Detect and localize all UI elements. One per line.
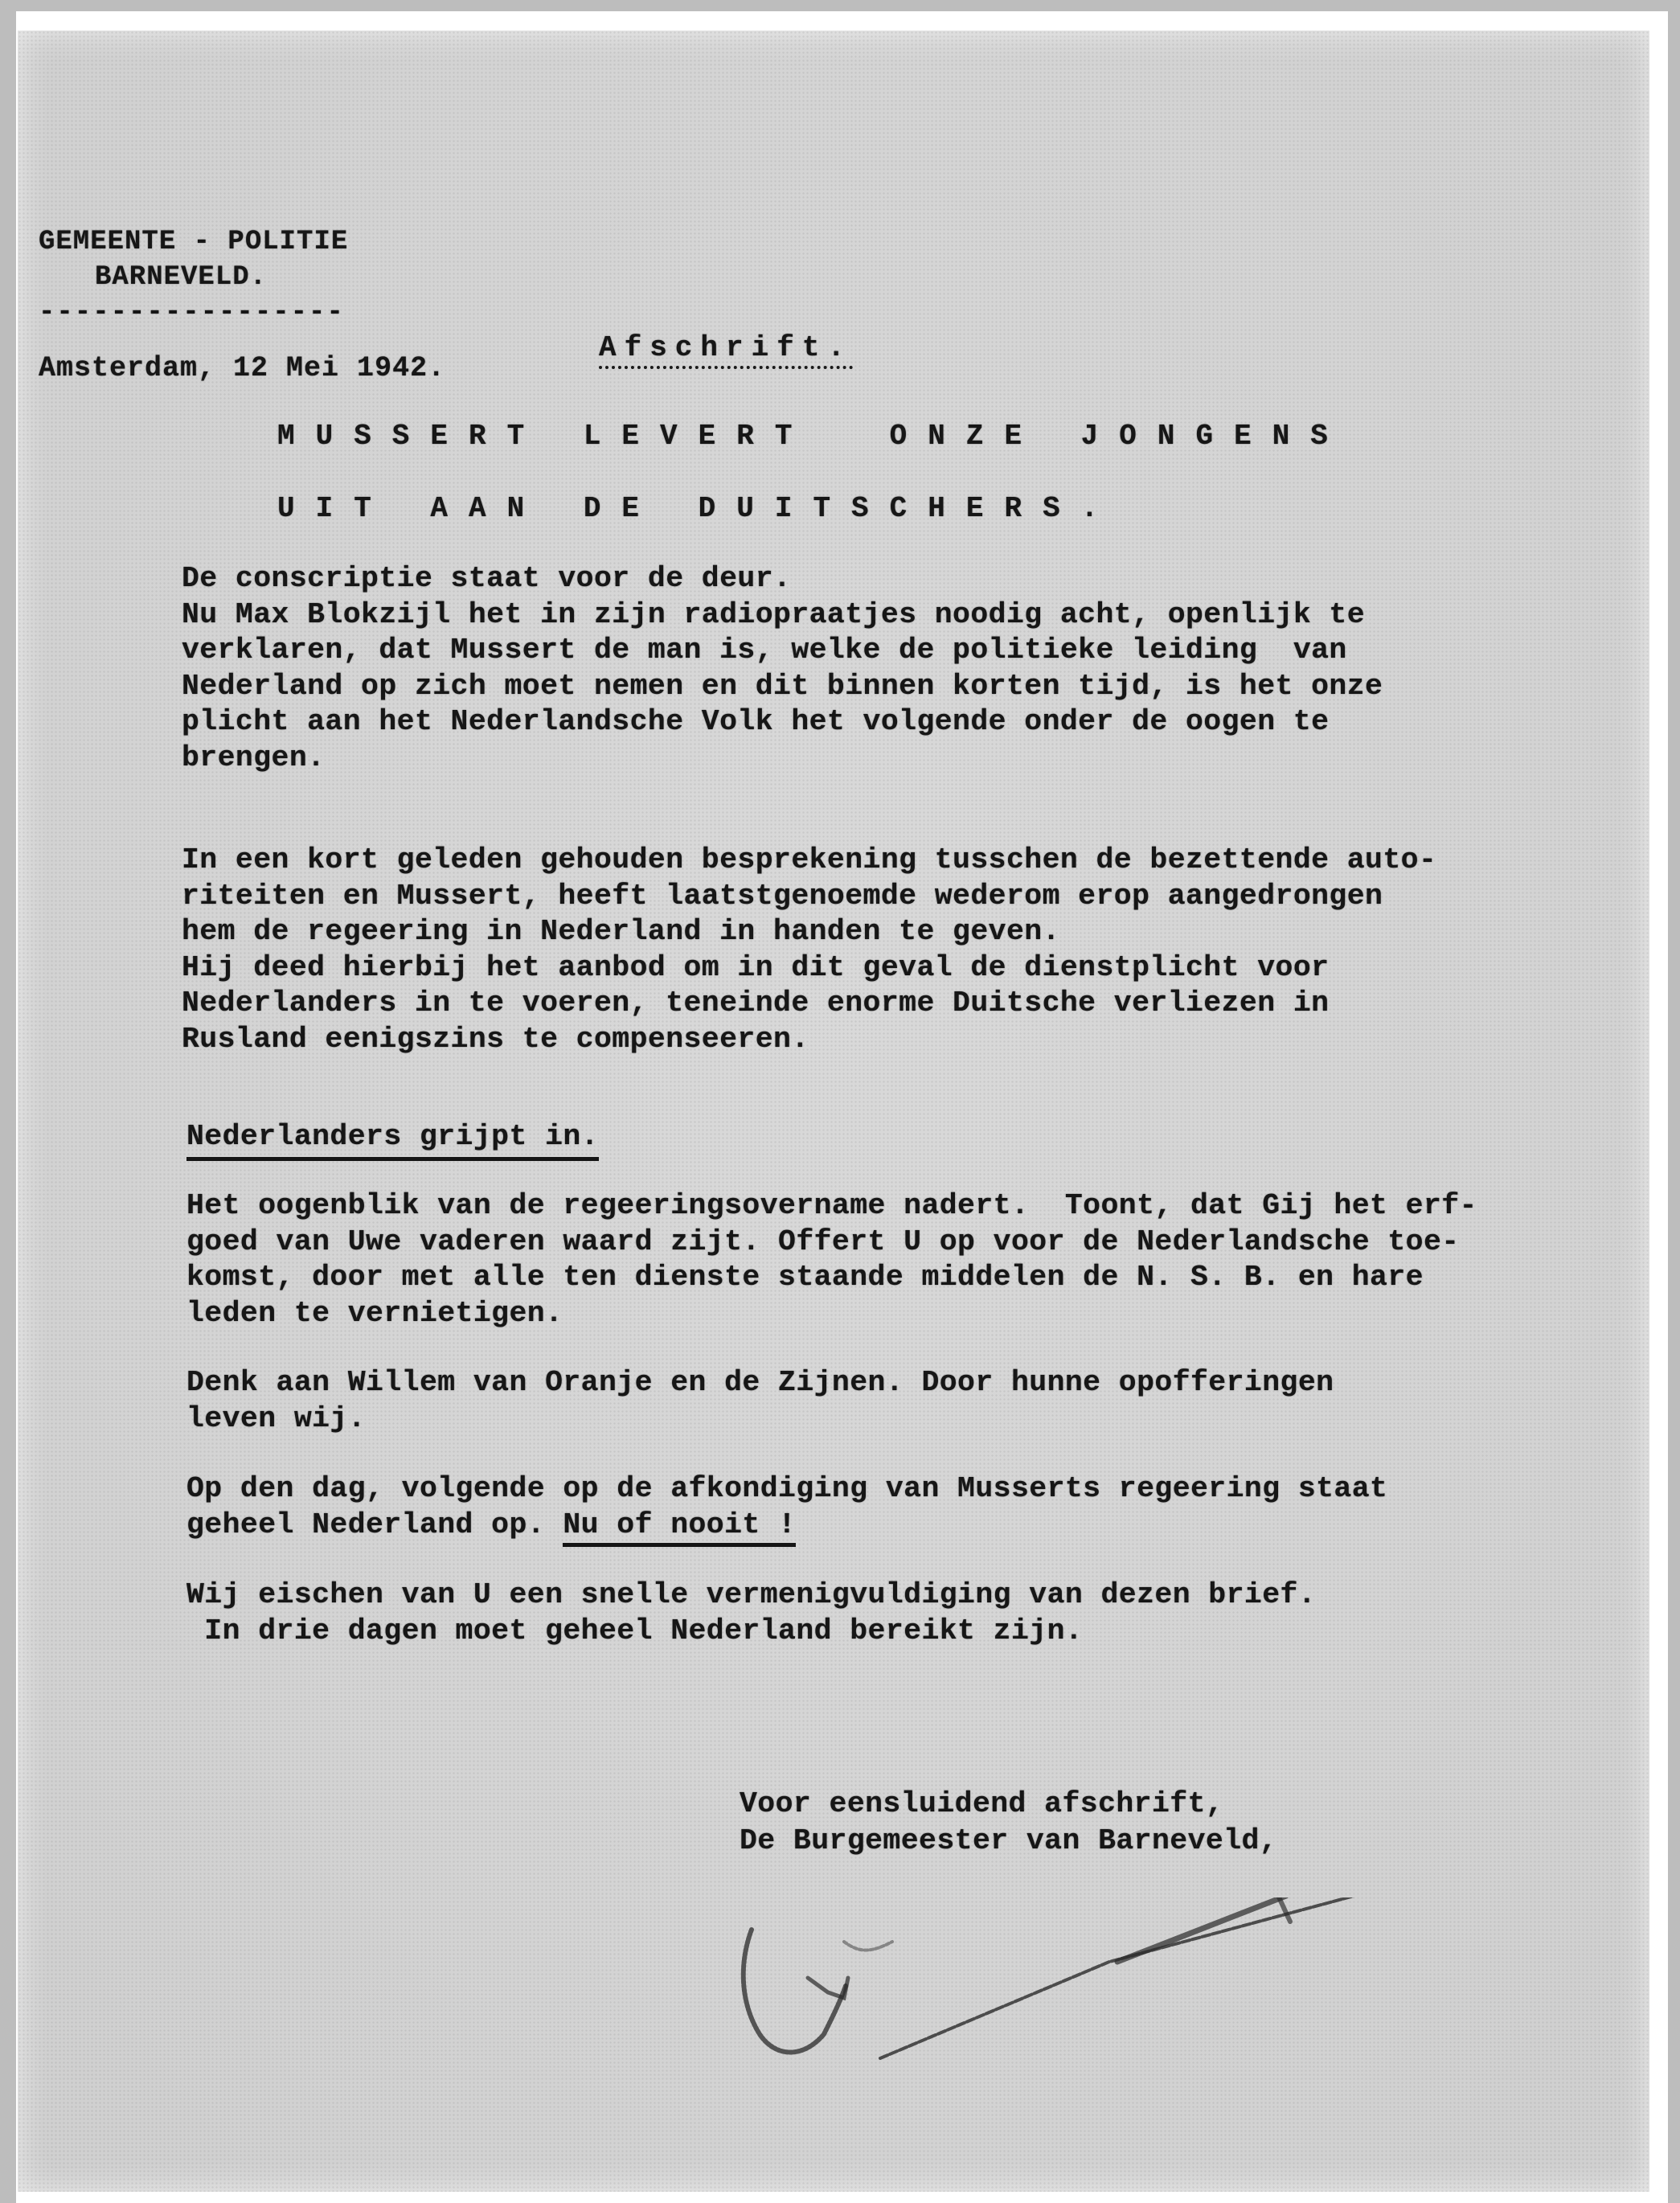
text-line: goed van Uwe vaderen waard zijt. Offert …: [186, 1225, 1477, 1261]
text-line: komst, door met alle ten dienste staande…: [186, 1260, 1477, 1296]
text-line: Nu Max Blokzijl het in zijn radiopraatje…: [182, 597, 1383, 634]
text-line: In drie dagen moet geheel Nederland bere…: [186, 1614, 1316, 1650]
text-line: brengen.: [182, 740, 1383, 777]
copy-label: Afschrift.: [599, 331, 853, 369]
text-line: Denk aan Willem van Oranje en de Zijnen.…: [186, 1365, 1334, 1401]
place-date: Amsterdam, 12 Mei 1942.: [39, 352, 445, 384]
header-municipality: BARNEVELD.: [95, 262, 267, 293]
signature-icon: [723, 1897, 1447, 2107]
header-authority: GEMEENTE - POLITIE: [39, 227, 348, 257]
text-line: leden te vernietigen.: [186, 1296, 1477, 1332]
emphasis-now-or-never: Nu of nooit !: [563, 1508, 796, 1547]
header-separator: -----------------: [39, 297, 345, 328]
headline-line-2: UIT AAN DE DUITSCHERS.: [277, 492, 1119, 525]
text-line: leven wij.: [186, 1401, 1334, 1438]
text-line: hem de regeering in Nederland in handen …: [182, 914, 1436, 950]
text-line: De conscriptie staat voor de deur.: [182, 561, 1383, 597]
closing-line-2: De Burgemeester van Barneveld,: [740, 1824, 1277, 1860]
paragraph-3: Het oogenblik van de regeeringsovername …: [186, 1188, 1477, 1331]
text-line: geheel Nederland op. Nu of nooit !: [186, 1508, 1387, 1546]
paragraph-4: Denk aan Willem van Oranje en de Zijnen.…: [186, 1365, 1334, 1437]
paragraph-1: De conscriptie staat voor de deur. Nu Ma…: [182, 561, 1383, 776]
text-line: Hij deed hierbij het aanbod om in dit ge…: [182, 950, 1436, 987]
text-line: Op den dag, volgende op de afkondiging v…: [186, 1471, 1387, 1508]
text-line: Nederland op zich moet nemen en dit binn…: [182, 669, 1383, 705]
text-line: In een kort geleden gehouden besprekenin…: [182, 843, 1436, 879]
section-heading: Nederlanders grijpt in.: [186, 1119, 599, 1161]
text-fragment: geheel Nederland op.: [186, 1508, 563, 1541]
paragraph-2: In een kort geleden gehouden besprekenin…: [182, 843, 1436, 1057]
text-line: plicht aan het Nederlandsche Volk het vo…: [182, 704, 1383, 740]
text-line: Rusland eenigszins te compenseeren.: [182, 1022, 1436, 1058]
text-line: verklaren, dat Mussert de man is, welke …: [182, 633, 1383, 669]
text-line: Het oogenblik van de regeeringsovername …: [186, 1188, 1477, 1225]
text-line: Nederlanders in te voeren, teneinde enor…: [182, 986, 1436, 1022]
text-line: riteiten en Mussert, heeft laatstgenoemd…: [182, 879, 1436, 915]
headline-line-1: MUSSERT LEVERT ONZE JONGENS: [277, 420, 1349, 453]
paragraph-6: Wij eischen van U een snelle vermenigvul…: [186, 1577, 1316, 1649]
paragraph-5: Op den dag, volgende op de afkondiging v…: [186, 1471, 1387, 1546]
closing-line-1: Voor eensluidend afschrift,: [740, 1787, 1223, 1823]
text-line: Wij eischen van U een snelle vermenigvul…: [186, 1577, 1316, 1614]
